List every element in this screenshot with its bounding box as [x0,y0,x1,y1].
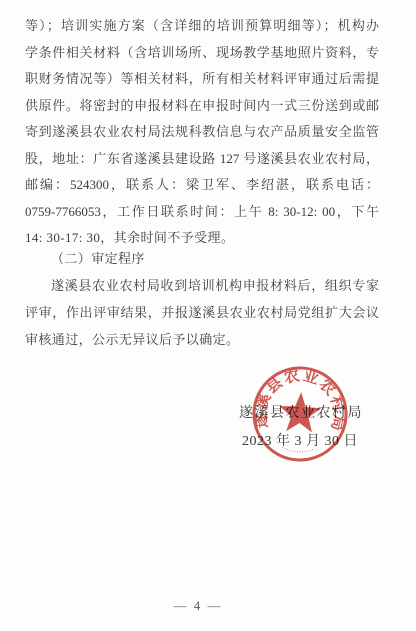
body-line: 评审，作出评审结果，并报遂溪县农业农村局党组扩大会议 [25,299,379,326]
body-line: 审核通过，公示无异议后予以确定。 [25,326,379,353]
body-line: 学条件相关材料（含培训场所、现场教学基地照片资料，专 [25,40,379,67]
body-line: 寄到遂溪县农业农村局法规科教信息与农产品质量安全监管 [25,119,379,146]
body-line: 等）；培训实施方案（含详细的培训预算明细等）；机构办 [25,13,379,40]
body-paragraphs-top: 等）；培训实施方案（含详细的培训预算明细等）；机构办 学条件相关材料（含培训场所… [25,13,379,252]
body-line: 遂溪县农业农村局收到培训机构申报材料后，组织专家 [25,272,379,299]
seal-serial-text: ••••••••••••• [281,445,315,455]
svg-text:•••••••••••••: ••••••••••••• [281,445,315,455]
section-heading: （二）审定程序 [25,245,379,272]
body-line: 供原件。将密封的申报材料在申报时间内一式三份送到或邮 [25,93,379,120]
body-line: 职财务情况等）等相关材料，所有相关材料评审通过后需提 [25,66,379,93]
document-page: 等）；培训实施方案（含详细的培训预算明细等）；机构办 学条件相关材料（含培训场所… [0,0,416,631]
seal-star-icon [278,391,322,433]
body-line: 0759-7766053，工作日联系时间：上午 8: 30-12: 00，下午 [25,199,379,226]
official-seal-stamp: 遂溪县农业农村局 ••••••••••••• [247,361,352,466]
page-number: — 4 — [0,598,396,614]
body-paragraphs-bottom: （二）审定程序 遂溪县农业农村局收到培训机构申报材料后，组织专家 评审，作出评审… [25,245,379,353]
body-line: 邮编：524300，联系人：梁卫军、李绍湛，联系电话： [25,172,379,199]
body-line: 股，地址：广东省遂溪县建设路 127 号遂溪县农业农村局， [25,146,379,173]
